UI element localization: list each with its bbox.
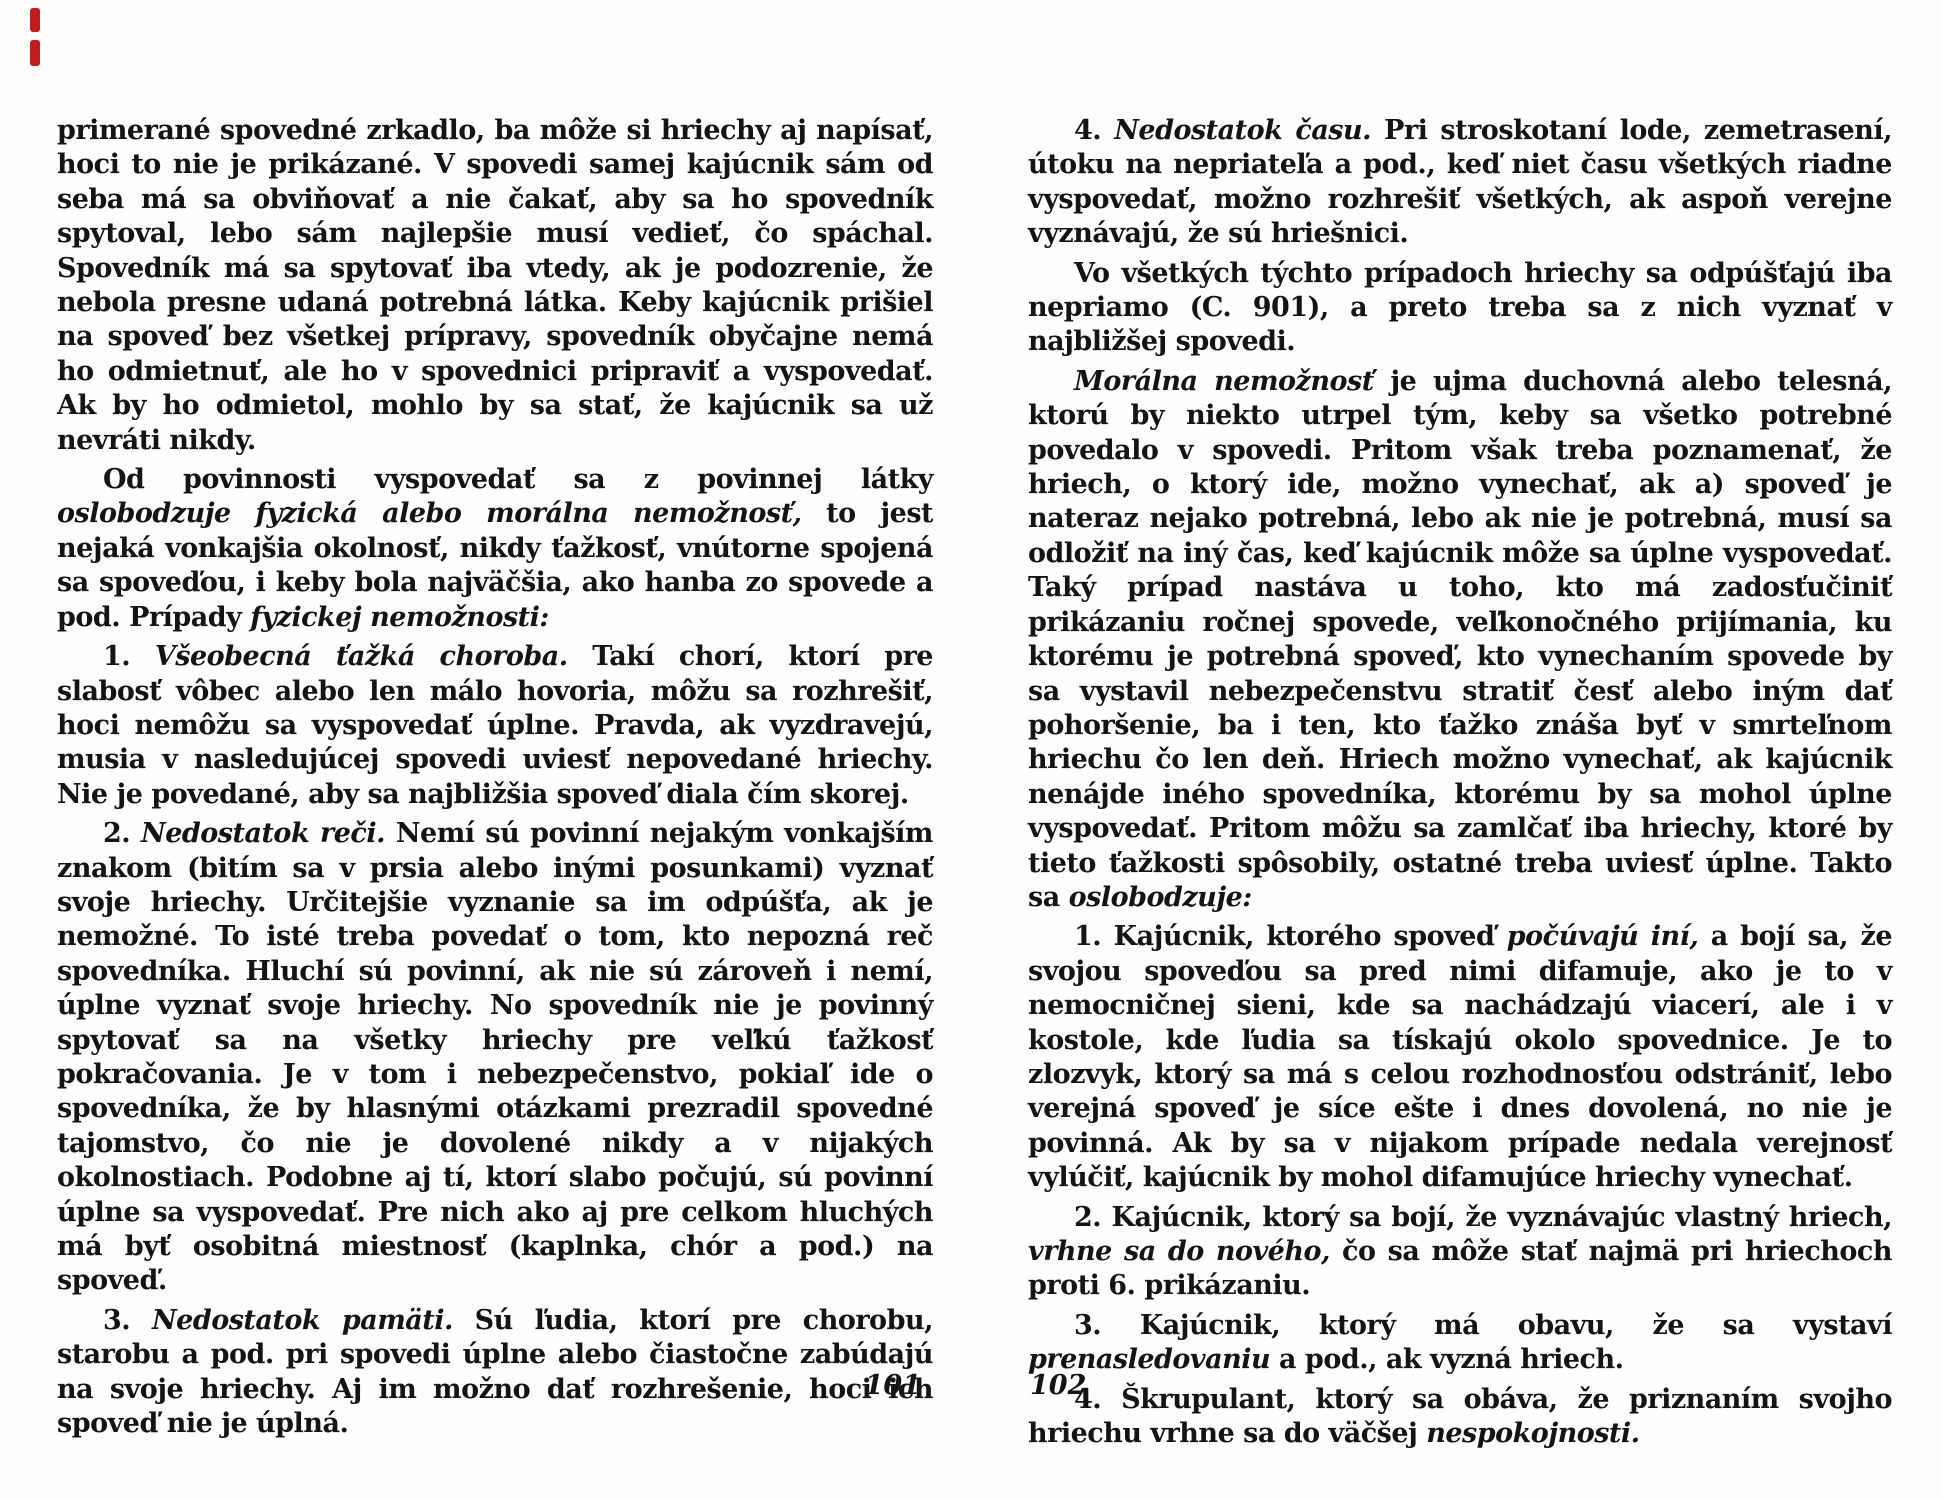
text-run: je ujma duchovná alebo telesná, ktorú by… — [1028, 366, 1892, 913]
red-pen-mark — [30, 40, 40, 66]
paragraph: Od povinnosti vyspovedať sa z povinnej l… — [57, 463, 933, 635]
italic-text-run: Všeobecná ťažká choroba. — [155, 641, 568, 672]
text-run: a bojí sa, že svojou spoveďou sa pred ni… — [1028, 921, 1892, 1193]
page-number-left: 101 — [57, 1370, 933, 1401]
text-run: primerané spovedné zrkadlo, ba môže si h… — [57, 115, 933, 456]
text-run: 1. — [103, 641, 155, 672]
red-pen-mark — [30, 8, 40, 32]
paragraph: 2. Kajúcnik, ktorý sa bojí, že vyznávajú… — [1028, 1201, 1892, 1304]
italic-text-run: fyzickej nemožnosti: — [250, 602, 549, 633]
paragraph: 1. Kajúcnik, ktorého spoveď počúvajú iní… — [1028, 920, 1892, 1195]
italic-text-run: Nedostatok reči. — [141, 818, 385, 849]
paragraph: primerané spovedné zrkadlo, ba môže si h… — [57, 114, 933, 458]
italic-text-run: vrhne sa do nového, — [1028, 1236, 1330, 1267]
text-run: Vo všetkých týchto prípadoch hriechy sa … — [1028, 258, 1892, 358]
text-run: Nemí sú povinní nejakým vonkajším znakom… — [57, 818, 933, 1296]
text-run: Od povinnosti vyspovedať sa z povinnej l… — [103, 464, 933, 495]
text-run: 4. — [1074, 115, 1114, 146]
paragraph: 4. Nedostatok času. Pri stroskotaní lode… — [1028, 114, 1892, 252]
italic-text-run: Nedostatok pamäti. — [152, 1305, 453, 1336]
text-run: 2. Kajúcnik, ktorý sa bojí, že vyznávajú… — [1074, 1202, 1892, 1233]
italic-text-run: oslobodzuje fyzická alebo morálna nemožn… — [57, 498, 801, 529]
book-spread: primerané spovedné zrkadlo, ba môže si h… — [0, 0, 1942, 1500]
italic-text-run: Nedostatok času. — [1114, 115, 1371, 146]
page-number-right: 102 — [1030, 1370, 1230, 1401]
italic-text-run: nespokojnosti. — [1426, 1418, 1639, 1449]
text-run: 1. Kajúcnik, ktorého spoveď — [1074, 921, 1507, 952]
paragraph: Morálna nemožnosť je ujma duchovná alebo… — [1028, 365, 1892, 916]
text-run: a pod., ak vyzná hriech. — [1270, 1344, 1623, 1375]
italic-text-run: Morálna nemožnosť — [1074, 366, 1374, 397]
left-page-text-column: primerané spovedné zrkadlo, ba môže si h… — [57, 114, 933, 1441]
paragraph: 3. Kajúcnik, ktorý má obavu, že sa vysta… — [1028, 1309, 1892, 1378]
italic-text-run: oslobodzuje: — [1069, 882, 1252, 913]
paragraph: 1. Všeobecná ťažká choroba. Takí chorí, … — [57, 640, 933, 812]
paragraph: Vo všetkých týchto prípadoch hriechy sa … — [1028, 257, 1892, 360]
right-page-text-column: 4. Nedostatok času. Pri stroskotaní lode… — [1028, 114, 1892, 1451]
text-run: 3. — [103, 1305, 152, 1336]
italic-text-run: počúvajú iní, — [1507, 921, 1699, 952]
paragraph: 2. Nedostatok reči. Nemí sú povinní neja… — [57, 817, 933, 1299]
text-run: 3. Kajúcnik, ktorý má obavu, že sa vysta… — [1074, 1310, 1892, 1341]
text-run: 2. — [103, 818, 141, 849]
